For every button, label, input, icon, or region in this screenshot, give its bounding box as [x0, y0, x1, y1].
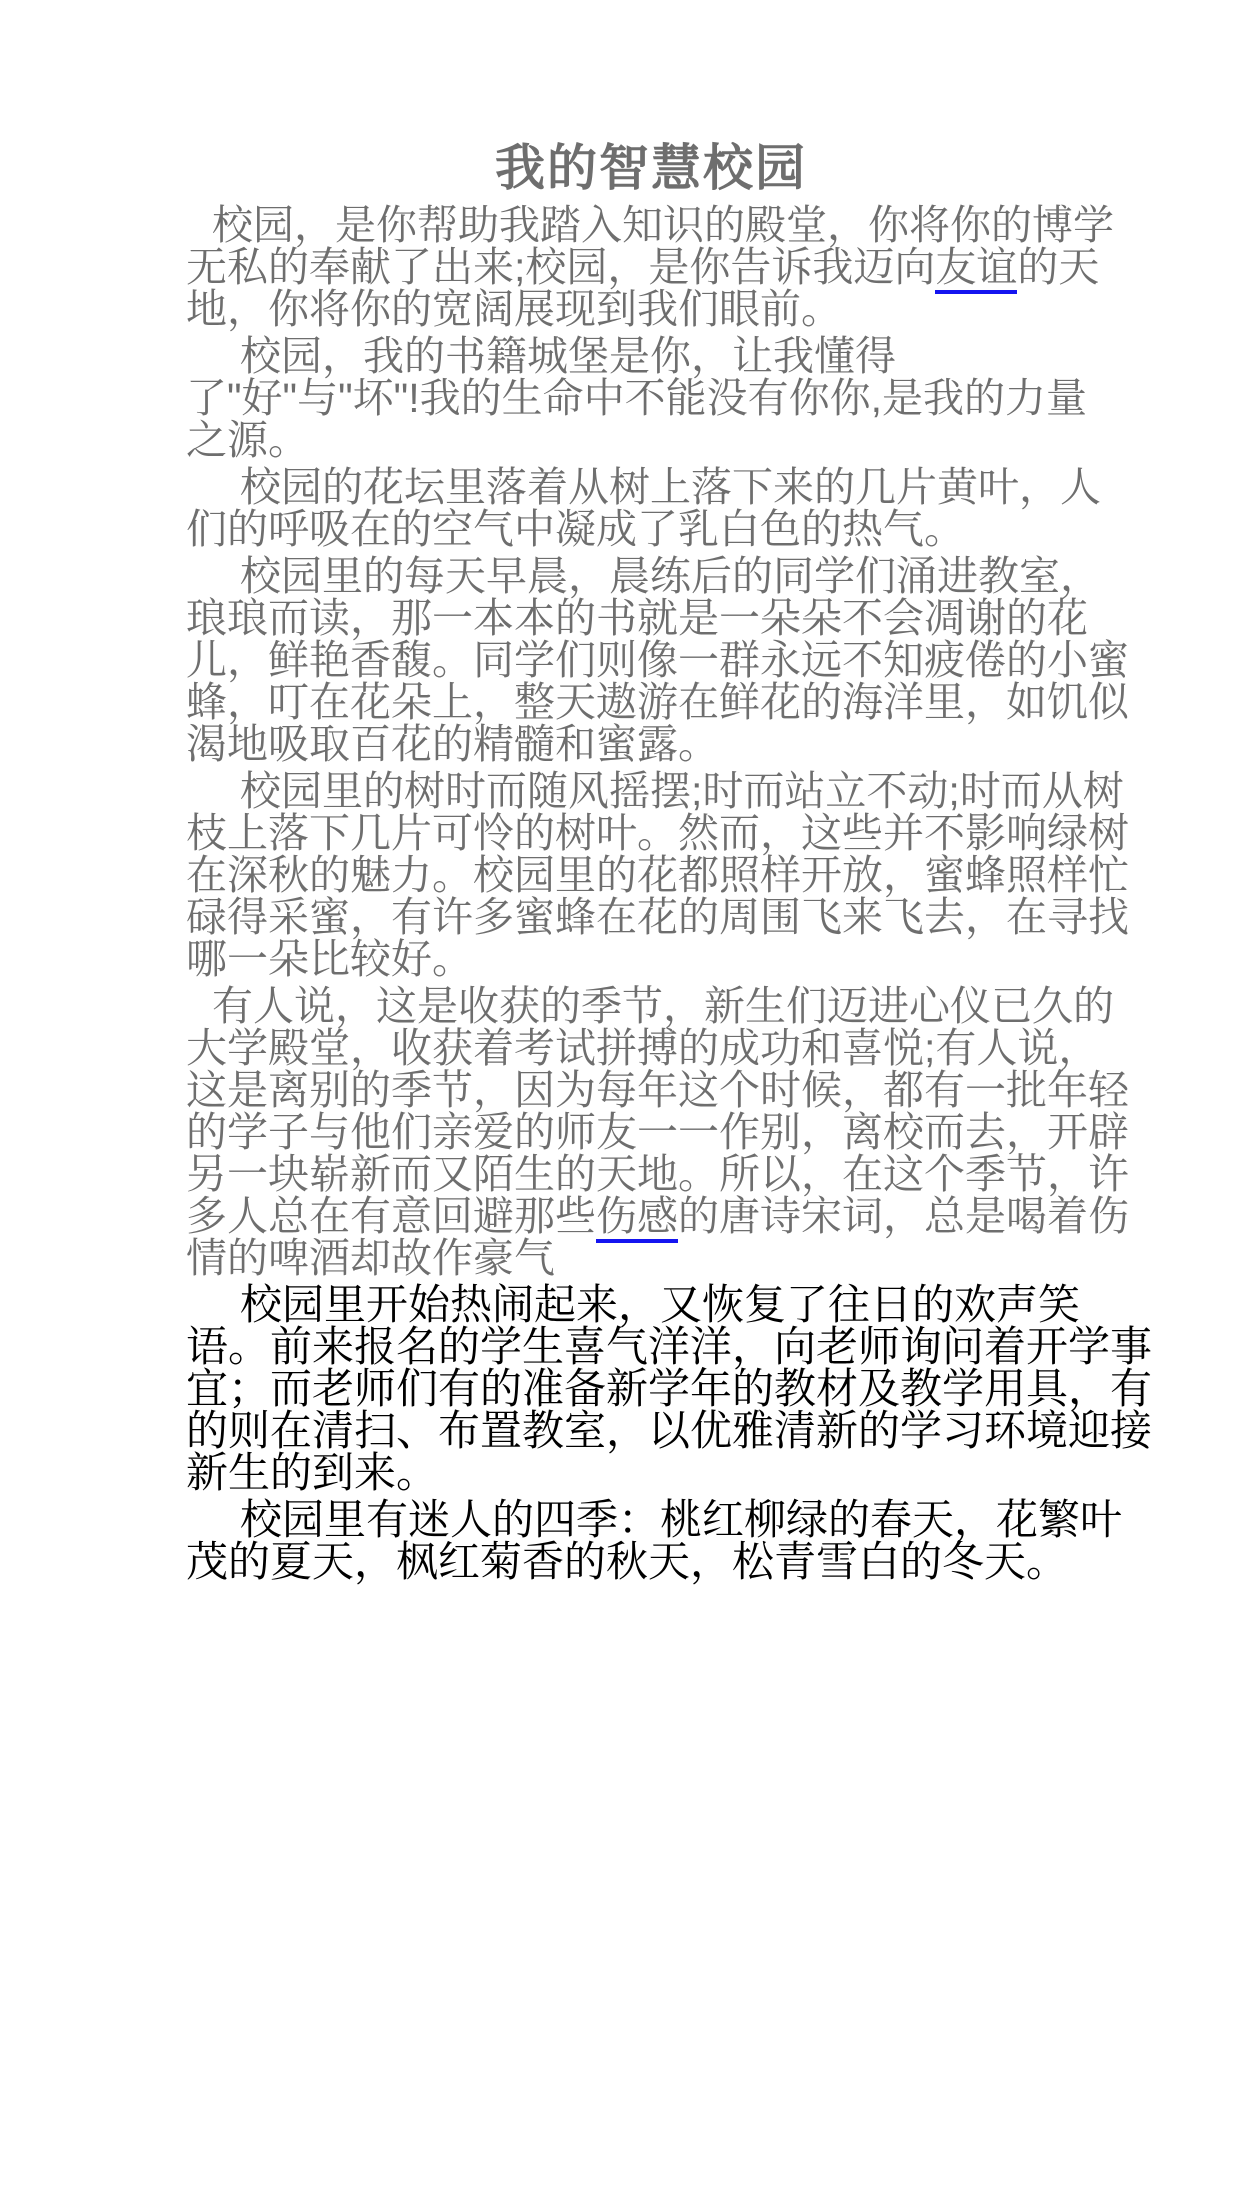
text-line: 新生的到来。 [186, 1452, 1116, 1494]
paragraph: 校园里的每天早晨，晨练后的同学们涌进教室，琅琅而读，那一本本的书就是一朵朵不会凋… [186, 555, 1116, 765]
text-line: 的学子与他们亲爱的师友一一作别，离校而去，开辟 [186, 1111, 1116, 1153]
text-line: 了"好"与"坏"!我的生命中不能没有你你,是我的力量 [186, 377, 1116, 419]
text-run: 的则在清扫、布置教室，以优雅清新的学习环境迎接 [186, 1407, 1152, 1454]
essay-title: 我的智慧校园 [186, 136, 1116, 200]
text-line: 茂的夏天，枫红菊香的秋天，松青雪白的冬天。 [186, 1541, 1116, 1583]
text-line: 枝上落下几片可怜的树叶。然而，这些并不影响绿树 [186, 812, 1116, 854]
text-line: 大学殿堂，收获着考试拼搏的成功和喜悦;有人说， [186, 1027, 1116, 1069]
text-run: 的天 [1017, 244, 1099, 290]
text-line: 有人说，这是收获的季节，新生们迈进心仪已久的 [186, 985, 1116, 1027]
text-run: 大学殿堂，收获着考试拼搏的成功和喜悦;有人说， [186, 1025, 1099, 1071]
text-line: 的则在清扫、布置教室，以优雅清新的学习环境迎接 [186, 1410, 1116, 1452]
text-run: 语。前来报名的学生喜气洋洋，向老师询问着开学事 [186, 1323, 1152, 1370]
text-run: 们的呼吸在的空气中凝成了乳白色的热气。 [186, 506, 965, 552]
text-line: 校园，我的书籍城堡是你，让我懂得 [186, 335, 1116, 377]
text-line: 语。前来报名的学生喜气洋洋，向老师询问着开学事 [186, 1326, 1116, 1368]
text-line: 多人总在有意回避那些伤感的唐诗宋词，总是喝着伤 [186, 1195, 1116, 1237]
text-run: 校园，我的书籍城堡是你，让我懂得 [240, 333, 896, 379]
text-line: 渴地吸取百花的精髓和蜜露。 [186, 723, 1116, 765]
text-line: 宜；而老师们有的准备新学年的教材及教学用具，有 [186, 1368, 1116, 1410]
text-line: 们的呼吸在的空气中凝成了乳白色的热气。 [186, 508, 1116, 550]
text-run: 地，你将你的宽阔展现到我们眼前。 [186, 286, 842, 332]
text-line: 校园里有迷人的四季：桃红柳绿的春天，花繁叶 [186, 1499, 1116, 1541]
essay-body: 校园，是你帮助我踏入知识的殿堂，你将你的博学无私的奉献了出来;校园，是你告诉我迈… [186, 204, 1116, 1583]
text-run: 蜂，叮在花朵上，整天遨游在鲜花的海洋里，如饥似 [186, 679, 1129, 725]
paragraph: 校园，是你帮助我踏入知识的殿堂，你将你的博学无私的奉献了出来;校园，是你告诉我迈… [186, 204, 1116, 330]
text-run: 渴地吸取百花的精髓和蜜露。 [186, 721, 719, 767]
text-line: 儿，鲜艳香馥。同学们则像一群永远不知疲倦的小蜜 [186, 639, 1116, 681]
text-run: 在深秋的魅力。校园里的花都照样开放，蜜蜂照样忙 [186, 852, 1129, 898]
text-run: 之源。 [186, 417, 309, 463]
text-line: 情的啤酒却故作豪气 [186, 1237, 1116, 1279]
text-run: 校园的花坛里落着从树上落下来的几片黄叶，人 [240, 464, 1101, 510]
text-line: 校园的花坛里落着从树上落下来的几片黄叶，人 [186, 466, 1116, 508]
text-run: 琅琅而读，那一本本的书就是一朵朵不会凋谢的花 [186, 595, 1088, 641]
paragraph: 校园里有迷人的四季：桃红柳绿的春天，花繁叶茂的夏天，枫红菊香的秋天，松青雪白的冬… [186, 1499, 1116, 1583]
essay-document: 我的智慧校园 校园，是你帮助我踏入知识的殿堂，你将你的博学无私的奉献了出来;校园… [186, 136, 1116, 1588]
text-line: 校园里开始热闹起来，又恢复了往日的欢声笑 [186, 1284, 1116, 1326]
underlined-link[interactable]: 友谊 [935, 244, 1017, 294]
paragraph: 校园，我的书籍城堡是你，让我懂得了"好"与"坏"!我的生命中不能没有你你,是我的… [186, 335, 1116, 461]
text-run: 校园里开始热闹起来，又恢复了往日的欢声笑 [240, 1281, 1080, 1328]
text-line: 校园里的每天早晨，晨练后的同学们涌进教室， [186, 555, 1116, 597]
text-line: 蜂，叮在花朵上，整天遨游在鲜花的海洋里，如饥似 [186, 681, 1116, 723]
text-run: 新生的到来。 [186, 1449, 438, 1496]
text-line: 另一块崭新而又陌生的天地。所以，在这个季节，许 [186, 1153, 1116, 1195]
text-run: 了"好"与"坏"!我的生命中不能没有你你,是我的力量 [186, 375, 1087, 421]
paragraph: 校园里的树时而随风摇摆;时而站立不动;时而从树枝上落下几片可怜的树叶。然而，这些… [186, 770, 1116, 980]
text-line: 无私的奉献了出来;校园，是你告诉我迈向友谊的天 [186, 246, 1116, 288]
paragraph: 校园的花坛里落着从树上落下来的几片黄叶，人们的呼吸在的空气中凝成了乳白色的热气。 [186, 466, 1116, 550]
text-run: 校园里的每天早晨，晨练后的同学们涌进教室， [240, 553, 1101, 599]
text-run: 这是离别的季节，因为每年这个时候，都有一批年轻 [186, 1067, 1129, 1113]
text-line: 这是离别的季节，因为每年这个时候，都有一批年轻 [186, 1069, 1116, 1111]
text-line: 校园，是你帮助我踏入知识的殿堂，你将你的博学 [186, 204, 1116, 246]
text-run: 校园里的树时而随风摇摆;时而站立不动;时而从树 [240, 768, 1124, 814]
text-line: 之源。 [186, 419, 1116, 461]
text-line: 碌得采蜜，有许多蜜蜂在花的周围飞来飞去，在寻找 [186, 896, 1116, 938]
text-run: 无私的奉献了出来;校园，是你告诉我迈向 [186, 244, 935, 290]
text-run: 哪一朵比较好。 [186, 936, 473, 982]
text-line: 在深秋的魅力。校园里的花都照样开放，蜜蜂照样忙 [186, 854, 1116, 896]
text-line: 琅琅而读，那一本本的书就是一朵朵不会凋谢的花 [186, 597, 1116, 639]
text-run: 碌得采蜜，有许多蜜蜂在花的周围飞来飞去，在寻找 [186, 894, 1129, 940]
text-run: 情的啤酒却故作豪气 [186, 1235, 555, 1281]
text-run: 校园里有迷人的四季：桃红柳绿的春天，花繁叶 [240, 1496, 1122, 1543]
text-run: 的学子与他们亲爱的师友一一作别，离校而去，开辟 [186, 1109, 1129, 1155]
text-run: 的唐诗宋词，总是喝着伤 [678, 1193, 1129, 1239]
text-run: 有人说，这是收获的季节，新生们迈进心仪已久的 [212, 983, 1114, 1029]
text-run: 宜；而老师们有的准备新学年的教材及教学用具，有 [186, 1365, 1152, 1412]
text-line: 哪一朵比较好。 [186, 938, 1116, 980]
paragraph: 校园里开始热闹起来，又恢复了往日的欢声笑语。前来报名的学生喜气洋洋，向老师询问着… [186, 1284, 1116, 1494]
text-run: 枝上落下几片可怜的树叶。然而，这些并不影响绿树 [186, 810, 1129, 856]
underlined-link[interactable]: 伤感 [596, 1193, 678, 1243]
paragraph: 有人说，这是收获的季节，新生们迈进心仪已久的大学殿堂，收获着考试拼搏的成功和喜悦… [186, 985, 1116, 1279]
text-run: 儿，鲜艳香馥。同学们则像一群永远不知疲倦的小蜜 [186, 637, 1129, 683]
text-line: 校园里的树时而随风摇摆;时而站立不动;时而从树 [186, 770, 1116, 812]
text-run: 另一块崭新而又陌生的天地。所以，在这个季节，许 [186, 1151, 1129, 1197]
text-run: 多人总在有意回避那些 [186, 1193, 596, 1239]
text-line: 地，你将你的宽阔展现到我们眼前。 [186, 288, 1116, 330]
text-run: 校园，是你帮助我踏入知识的殿堂，你将你的博学 [212, 202, 1114, 248]
text-run: 茂的夏天，枫红菊香的秋天，松青雪白的冬天。 [186, 1538, 1068, 1585]
